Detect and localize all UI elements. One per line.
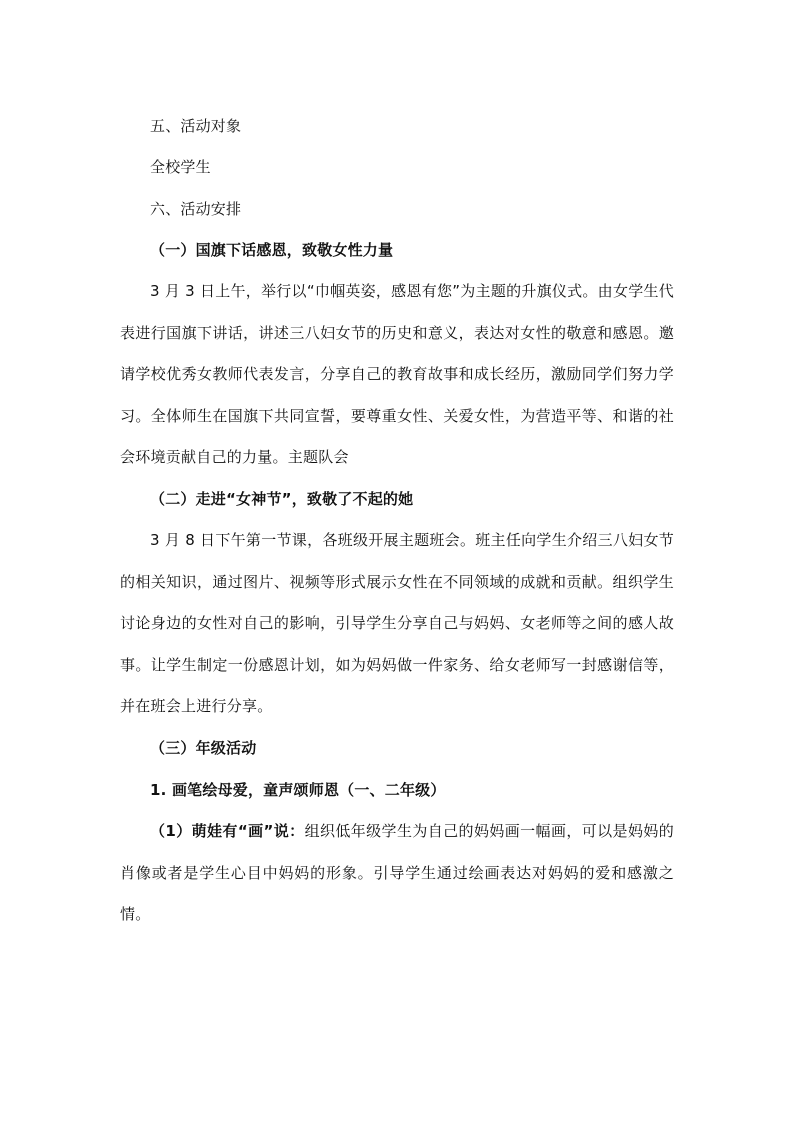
section-5-body: 全校学生	[150, 157, 211, 177]
subsection-3-heading: （三）年级活动	[150, 738, 256, 758]
item-1-heading: 1. 画笔绘母爱，童声颂师恩（一、二年级）	[150, 780, 446, 800]
document-page: 五、活动对象 全校学生 六、活动安排 （一）国旗下话感恩，致敬女性力量 3 月 …	[0, 0, 793, 1122]
section-5-heading: 五、活动对象	[150, 116, 241, 136]
item-1-sub-1-paragraph: （1）萌娃有“画”说：组织低年级学生为自己的妈妈画一幅画，可以是妈妈的肖像或者是…	[120, 811, 674, 936]
subsection-2-heading: （二）走进“女神节”，致敬了不起的她	[150, 489, 413, 509]
item-1-sub-1-label: （1）萌娃有“画”说：	[150, 822, 305, 840]
subsection-2-body: 3 月 8 日下午第一节课，各班级开展主题班会。班主任向学生介绍三八妇女节的相关…	[120, 520, 674, 728]
section-6-heading: 六、活动安排	[150, 199, 241, 219]
subsection-1-body: 3 月 3 日上午，举行以“巾帼英姿，感恩有您”为主题的升旗仪式。由女学生代表进…	[120, 271, 674, 479]
subsection-1-heading: （一）国旗下话感恩，致敬女性力量	[150, 240, 393, 260]
